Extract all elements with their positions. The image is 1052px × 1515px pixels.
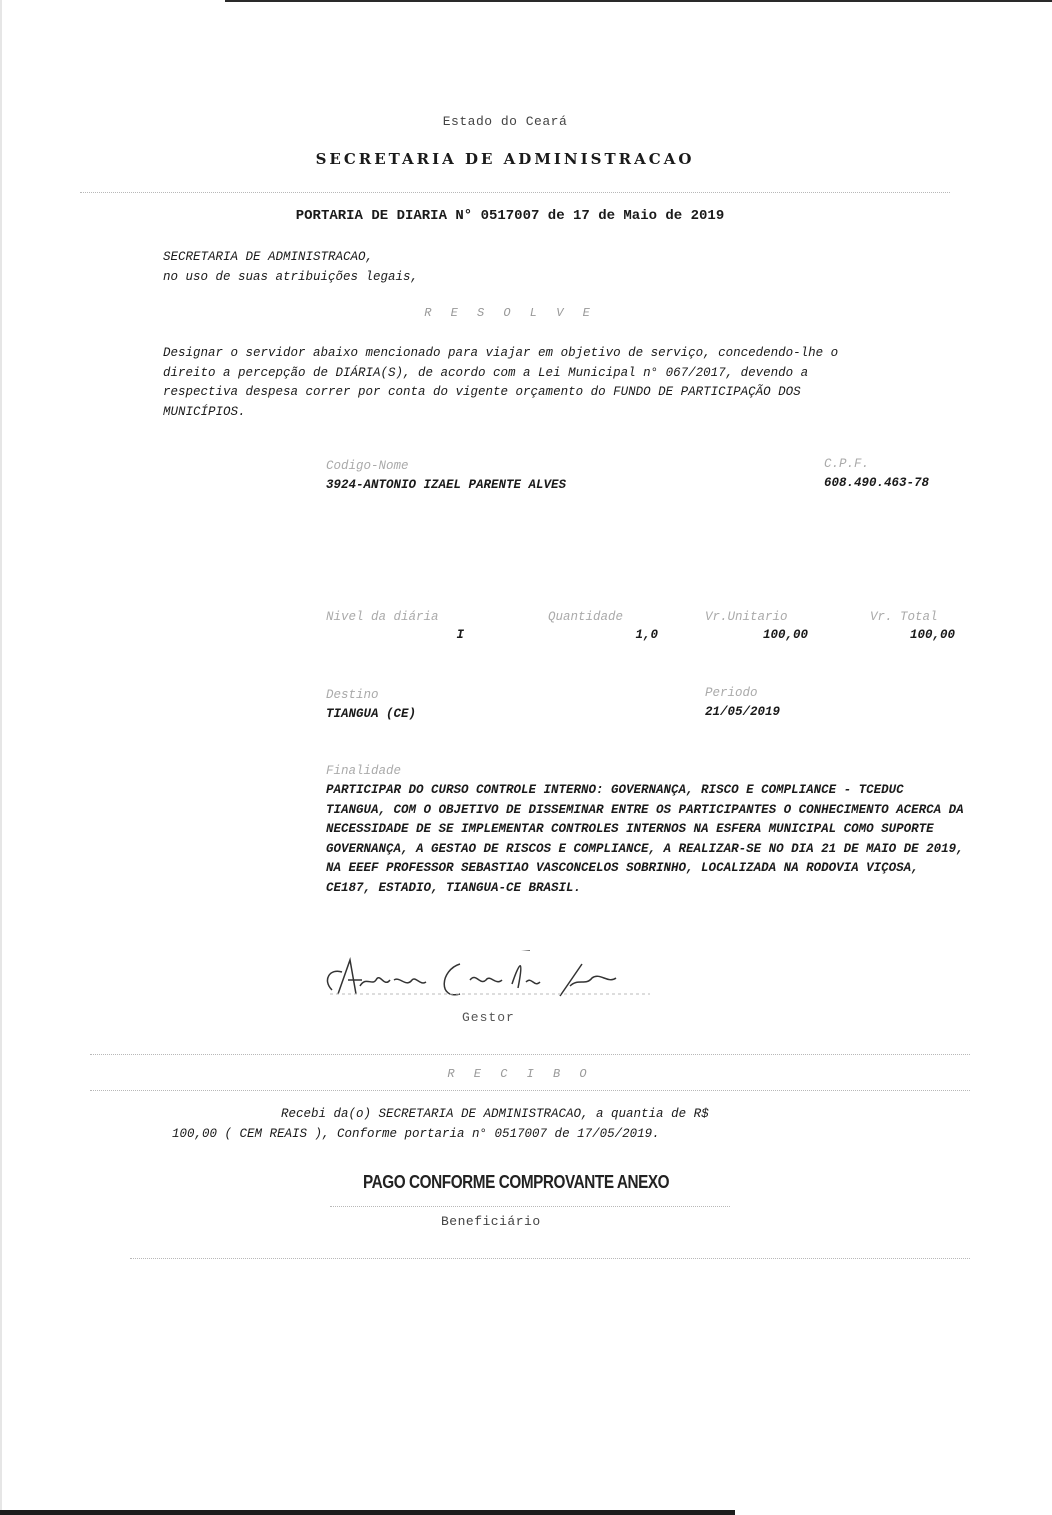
quantidade-label: Quantidade [548, 610, 623, 624]
recibo-line-1: Recebi da(o) SECRETARIA DE ADMINISTRACAO… [281, 1107, 709, 1121]
nivel-label: Nivel da diária [326, 610, 439, 624]
cpf-value: 608.490.463-78 [824, 476, 929, 490]
quantidade-value: 1,0 [548, 628, 658, 642]
divider [90, 1090, 970, 1091]
destino-value: TIANGUA (CE) [326, 707, 416, 721]
scan-top-border [225, 0, 1052, 2]
vr-unitario-value: 100,00 [705, 628, 808, 642]
gestor-signature [320, 950, 650, 1010]
resolve-heading: R E S O L V E [0, 306, 1020, 320]
vr-total-value: 100,00 [855, 628, 955, 642]
finalidade-text: PARTICIPAR DO CURSO CONTROLE INTERNO: GO… [326, 781, 966, 898]
periodo-label: Periodo [705, 686, 758, 700]
beneficiario-label: Beneficiário [441, 1214, 541, 1229]
vr-unitario-label: Vr.Unitario [705, 610, 788, 624]
divider [130, 1258, 970, 1259]
codigo-nome-value: 3924-ANTONIO IZAEL PARENTE ALVES [326, 478, 566, 492]
divider [90, 1054, 970, 1055]
recibo-heading: R E C I B O [0, 1067, 1040, 1081]
codigo-nome-label: Codigo-Nome [326, 459, 409, 473]
finalidade-label: Finalidade [326, 764, 401, 778]
periodo-value: 21/05/2019 [705, 705, 780, 719]
intro-line-1: SECRETARIA DE ADMINISTRACAO, [163, 250, 373, 264]
portaria-title: PORTARIA DE DIARIA N° 0517007 de 17 de M… [0, 208, 1020, 224]
payment-stamp: PAGO CONFORME COMPROVANTE ANEXO [363, 1172, 669, 1193]
destino-label: Destino [326, 688, 379, 702]
resolve-paragraph: Designar o servidor abaixo mencionado pa… [163, 344, 843, 422]
scan-edge [0, 0, 2, 1515]
recibo-line-2: 100,00 ( CEM REAIS ), Conforme portaria … [172, 1127, 660, 1141]
scan-bottom-border [0, 1510, 735, 1515]
state-name: Estado do Ceará [0, 114, 1010, 129]
nivel-value: I [326, 628, 464, 642]
divider [80, 192, 950, 193]
department-title: SECRETARIA DE ADMINISTRACAO [0, 150, 1010, 168]
intro-line-2: no uso de suas atribuições legais, [163, 270, 418, 284]
signature-line [330, 1206, 730, 1207]
gestor-label: Gestor [462, 1010, 515, 1025]
vr-total-label: Vr. Total [870, 610, 938, 624]
cpf-label: C.P.F. [824, 457, 869, 471]
